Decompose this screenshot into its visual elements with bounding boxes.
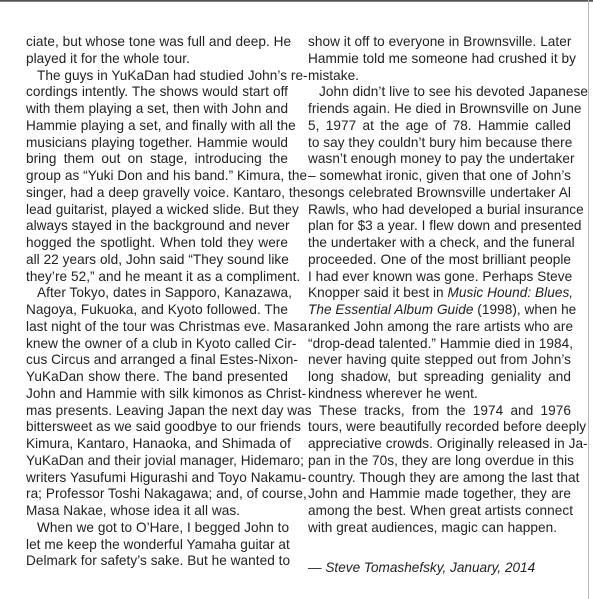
text-line: the undertaker with a check, and the fun…	[308, 235, 571, 252]
book-title-italic: Music Hound: Blues,	[448, 285, 574, 300]
text-line: bittersweet as we said goodbye to our fr…	[26, 419, 288, 436]
text-line: pan in the 70s, they are long overdue in…	[308, 453, 571, 470]
right-text-column: show it off to everyone in Brownsville. …	[308, 34, 571, 537]
text-line: show it off to everyone in Brownsville. …	[308, 34, 571, 51]
text-line: – somewhat ironic, given that one of Joh…	[308, 168, 571, 185]
text-segment: (1998), when he	[473, 302, 576, 317]
book-title-italic: The Essential Album Guide	[308, 302, 473, 317]
text-line: to say they couldn’t bury him because th…	[308, 135, 571, 152]
text-line: These tracks, from the 1974 and 1976	[308, 403, 571, 420]
text-line: After Tokyo, dates in Sapporo, Kanazawa,	[26, 285, 288, 302]
text-line: 5, 1977 at the age of 78. Hammie called	[308, 118, 571, 135]
text-line: tours, were beautifully recorded before …	[308, 419, 571, 436]
text-line: ra; Professor Toshi Nakagawa; and, of co…	[26, 486, 288, 503]
text-line: wasn’t enough money to pay the undertake…	[308, 151, 571, 168]
text-line: Nagoya, Fukuoka, and Kyoto followed. The	[26, 302, 288, 319]
text-line: let me keep the wonderful Yamaha guitar …	[26, 537, 288, 554]
text-segment: Knopper said it best in	[308, 285, 448, 300]
text-line: among the best. When great artists conne…	[308, 503, 571, 520]
text-line: The guys in YuKaDan had studied John’s r…	[26, 68, 288, 85]
text-line: mas presents. Leaving Japan the next day…	[26, 403, 288, 420]
text-line: they’re 52,” and he meant it as a compli…	[26, 269, 288, 286]
text-line: Hammie playing a set, and finally with a…	[26, 118, 288, 135]
text-line: proceeded. One of the most brilliant peo…	[308, 252, 571, 269]
text-line: with great audiences, magic can happen.	[308, 520, 571, 537]
text-line: appreciative crowds. Originally released…	[308, 436, 571, 453]
text-line: mistake.	[308, 68, 571, 85]
text-line: “drop-dead talented.” Hammie died in 198…	[308, 336, 571, 353]
text-line: with them playing a set, then with John …	[26, 101, 288, 118]
text-line: all 22 years old, John said “They sound …	[26, 252, 288, 269]
text-line: John didn’t live to see his devoted Japa…	[308, 84, 571, 101]
text-line: songs celebrated Brownsville undertaker …	[308, 185, 571, 202]
text-line: long shadow, but spreading geniality and	[308, 369, 571, 386]
page-right-edge	[588, 0, 589, 599]
text-line: lead guitarist, played a wicked slide. B…	[26, 202, 288, 219]
text-line: kindness wherever he went.	[308, 386, 571, 403]
text-line: knew the owner of a club in Kyoto called…	[26, 336, 288, 353]
text-line: plan for $3 a year. I flew down and pres…	[308, 218, 571, 235]
left-text-column: ciate, but whose tone was full and deep.…	[26, 34, 288, 570]
text-line: The Essential Album Guide (1998), when h…	[308, 302, 571, 319]
text-line: ranked John among the rare artists who a…	[308, 319, 571, 336]
text-line: last night of the tour was Christmas eve…	[26, 319, 288, 336]
text-line: YuKaDan and their jovial manager, Hidema…	[26, 453, 288, 470]
text-line: ciate, but whose tone was full and deep.…	[26, 34, 288, 51]
text-line: friends again. He died in Brownsville on…	[308, 101, 571, 118]
text-line: always stayed in the background and neve…	[26, 218, 288, 235]
text-line: cus Circus and arranged a final Estes-Ni…	[26, 352, 288, 369]
text-line: Kimura, Kantaro, Hanaoka, and Shimada of	[26, 436, 288, 453]
text-line: John and Hammie made together, they are	[308, 486, 571, 503]
text-line: Knopper said it best in Music Hound: Blu…	[308, 285, 571, 302]
text-line: country. Though they are among the last …	[308, 470, 571, 487]
text-line: Masa Nakae, whose idea it all was.	[26, 503, 288, 520]
text-line: John and Hammie with silk kimonos as Chr…	[26, 386, 288, 403]
page-top-edge	[0, 0, 593, 2]
text-line: singer, had a deep gravelly voice. Kanta…	[26, 185, 288, 202]
text-line: played it for the whole tour.	[26, 51, 288, 68]
text-line: musicians playing together. Hammie would	[26, 135, 288, 152]
text-line: YuKaDan show there. The band presented	[26, 369, 288, 386]
author-signature: — Steve Tomashefsky, January, 2014	[308, 560, 535, 575]
text-line: Rawls, who had developed a burial insura…	[308, 202, 571, 219]
text-line: Delmark for safety’s sake. But he wanted…	[26, 553, 288, 570]
text-line: bring them out on stage, introducing the	[26, 151, 288, 168]
text-line: group as “Yuki Don and his band.” Kimura…	[26, 168, 288, 185]
text-line: When we got to O’Hare, I begged John to	[26, 520, 288, 537]
text-line: never having quite stepped out from John…	[308, 352, 571, 369]
text-line: cordings intently. The shows would start…	[26, 84, 288, 101]
text-line: writers Yasufumi Higurashi and Toyo Naka…	[26, 470, 288, 487]
text-line: I had ever known was gone. Perhaps Steve	[308, 269, 571, 286]
text-line: hogged the spotlight. When told they wer…	[26, 235, 288, 252]
text-line: Hammie told me someone had crushed it by	[308, 51, 571, 68]
